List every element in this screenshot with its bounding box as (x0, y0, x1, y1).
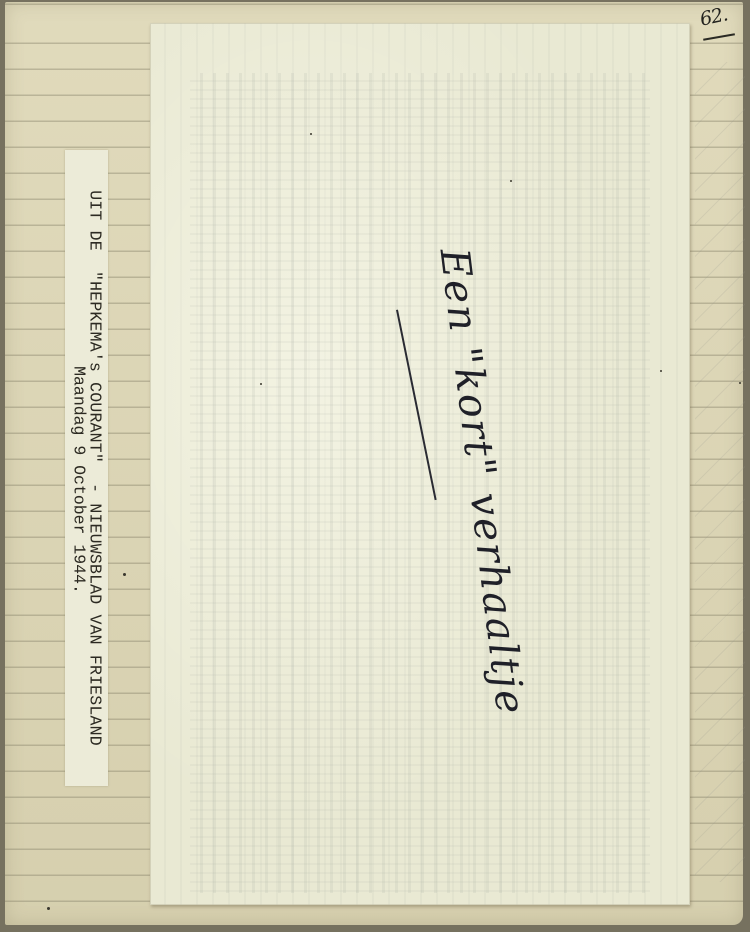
source-label-line-1: UIT DE "HEPKEMA's COURANT" - NIEUWSBLAD … (87, 190, 103, 746)
faded-typed-text-show-through (190, 73, 650, 893)
speck-mark (310, 133, 312, 135)
scanned-page: 62. UIT DE "HEPKEMA's COURANT" - NIEUWSB… (0, 0, 750, 932)
source-label-strip: UIT DE "HEPKEMA's COURANT" - NIEUWSBLAD … (65, 150, 108, 786)
speck-mark (123, 573, 126, 576)
speck-mark (47, 907, 50, 910)
speck-mark (660, 370, 662, 372)
speck-mark (510, 180, 512, 182)
speck-mark (260, 383, 262, 385)
source-label-text: UIT DE "HEPKEMA's COURANT" - NIEUWSBLAD … (65, 150, 108, 786)
inner-clipping-sheet (150, 23, 690, 905)
source-label-line-2: Maandag 9 October 1944. (71, 342, 87, 594)
pencil-hatching (695, 62, 745, 882)
speck-mark (739, 382, 741, 384)
